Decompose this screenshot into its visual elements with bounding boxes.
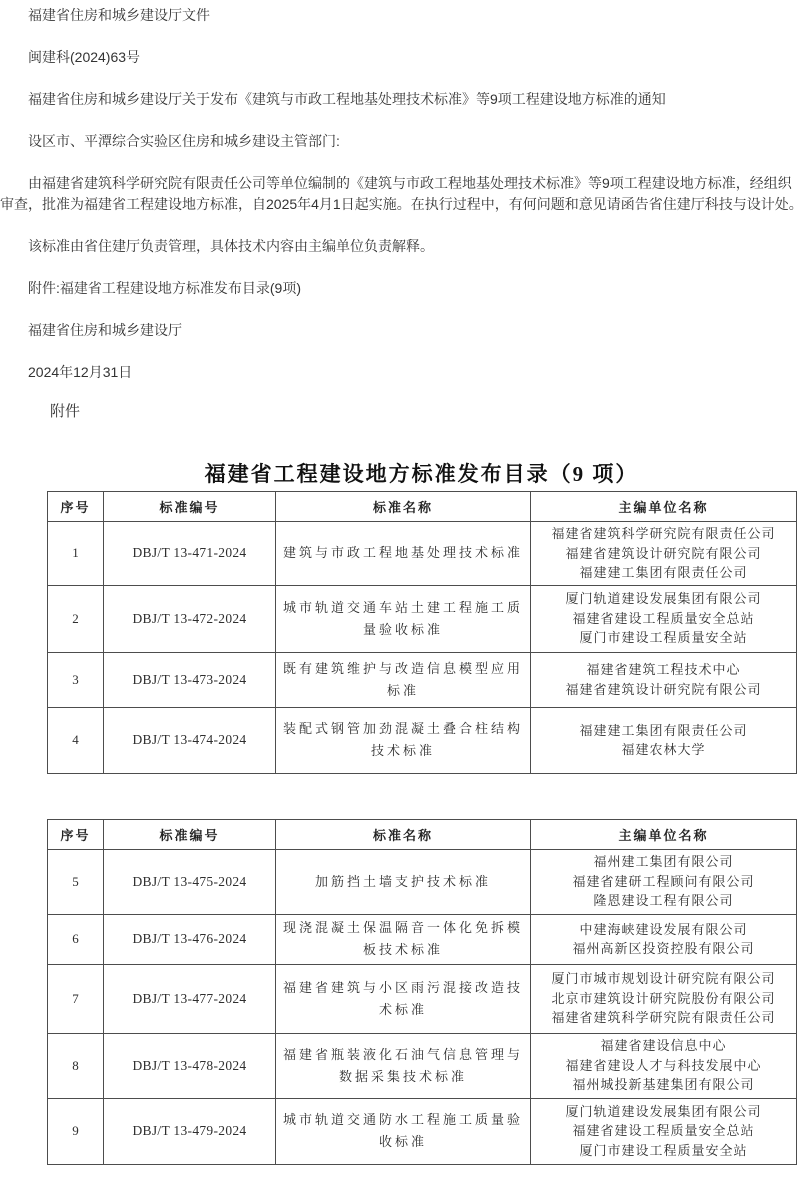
cell-standard-name: 福建省建筑与小区雨污混接改造技术标准 (276, 964, 531, 1033)
org-line: 福建省建筑设计研究院有限公司 (535, 680, 792, 700)
attachment-label: 附件 (50, 404, 803, 421)
column-header-3: 主编单位名称 (531, 819, 797, 849)
org-line: 厦门市建设工程质量安全站 (535, 1141, 792, 1161)
table-title: 福建省工程建设地方标准发布目录（9 项） (47, 463, 796, 485)
org-line: 福建省建筑设计研究院有限公司 (535, 544, 792, 564)
column-header-0: 序号 (48, 819, 104, 849)
column-header-0: 序号 (48, 492, 104, 522)
org-line: 隆恩建设工程有限公司 (535, 891, 792, 911)
column-header-1: 标准编号 (104, 492, 276, 522)
cell-editing-orgs: 福建建工集团有限责任公司福建农林大学 (531, 707, 797, 773)
org-line: 福建省建设人才与科技发展中心 (535, 1056, 792, 1076)
org-line: 福建建工集团有限责任公司 (535, 563, 792, 583)
cell-standard-name: 现浇混凝土保温隔音一体化免拆模板技术标准 (276, 914, 531, 964)
doc-date-line: 2024年12月31日 (0, 362, 803, 383)
org-line: 福建省建设工程质量安全总站 (535, 1121, 792, 1141)
cell-standard-code: DBJ/T 13-478-2024 (104, 1033, 276, 1098)
table-row: 6DBJ/T 13-476-2024现浇混凝土保温隔音一体化免拆模板技术标准中建… (48, 914, 797, 964)
doc-header-line: 福建省住房和城乡建设厅文件 (0, 5, 803, 26)
org-line: 福建省建筑科学研究院有限责任公司 (535, 1008, 792, 1028)
cell-seq-number: 6 (48, 914, 104, 964)
cell-seq-number: 5 (48, 849, 104, 914)
cell-standard-name: 建筑与市政工程地基处理技术标准 (276, 522, 531, 586)
cell-editing-orgs: 厦门轨道建设发展集团有限公司福建省建设工程质量安全总站厦门市建设工程质量安全站 (531, 1098, 797, 1164)
org-line: 厦门轨道建设发展集团有限公司 (535, 1102, 792, 1122)
doc-number-line: 闽建科(2024)63号 (0, 47, 803, 68)
cell-standard-code: DBJ/T 13-473-2024 (104, 652, 276, 707)
org-line: 福建建工集团有限责任公司 (535, 721, 792, 741)
cell-standard-code: DBJ/T 13-475-2024 (104, 849, 276, 914)
cell-editing-orgs: 中建海峡建设发展有限公司福州高新区投资控股有限公司 (531, 914, 797, 964)
org-line: 中建海峡建设发展有限公司 (535, 920, 792, 940)
cell-standard-name: 既有建筑维护与改造信息模型应用标准 (276, 652, 531, 707)
cell-standard-name: 装配式钢管加劲混凝土叠合柱结构技术标准 (276, 707, 531, 773)
cell-standard-code: DBJ/T 13-477-2024 (104, 964, 276, 1033)
column-header-1: 标准编号 (104, 819, 276, 849)
doc-body-paragraph: 由福建省建筑科学研究院有限责任公司等单位编制的《建筑与市政工程地基处理技术标准》… (0, 173, 803, 215)
table-row: 3DBJ/T 13-473-2024既有建筑维护与改造信息模型应用标准福建省建筑… (48, 652, 797, 707)
standards-table-2: 序号标准编号标准名称主编单位名称5DBJ/T 13-475-2024加筋挡土墙支… (47, 819, 797, 1165)
cell-standard-code: DBJ/T 13-479-2024 (104, 1098, 276, 1164)
table-row: 1DBJ/T 13-471-2024建筑与市政工程地基处理技术标准福建省建筑科学… (48, 522, 797, 586)
table-row: 7DBJ/T 13-477-2024福建省建筑与小区雨污混接改造技术标准厦门市城… (48, 964, 797, 1033)
cell-seq-number: 4 (48, 707, 104, 773)
org-line: 福建农林大学 (535, 740, 792, 760)
cell-seq-number: 7 (48, 964, 104, 1033)
cell-editing-orgs: 福建省建设信息中心福建省建设人才与科技发展中心福州城投新基建集团有限公司 (531, 1033, 797, 1098)
cell-seq-number: 1 (48, 522, 104, 586)
standards-table-1: 序号标准编号标准名称主编单位名称1DBJ/T 13-471-2024建筑与市政工… (47, 491, 797, 774)
cell-seq-number: 9 (48, 1098, 104, 1164)
table-header-row: 序号标准编号标准名称主编单位名称 (48, 492, 797, 522)
cell-editing-orgs: 福建省建筑科学研究院有限责任公司福建省建筑设计研究院有限公司福建建工集团有限责任… (531, 522, 797, 586)
doc-addressee-line: 设区市、平潭综合实验区住房和城乡建设主管部门: (0, 131, 803, 152)
cell-standard-code: DBJ/T 13-472-2024 (104, 585, 276, 652)
cell-editing-orgs: 福州建工集团有限公司福建省建研工程顾问有限公司隆恩建设工程有限公司 (531, 849, 797, 914)
cell-standard-code: DBJ/T 13-474-2024 (104, 707, 276, 773)
column-header-2: 标准名称 (276, 492, 531, 522)
tables-section: 福建省工程建设地方标准发布目录（9 项） 序号标准编号标准名称主编单位名称1DB… (47, 463, 796, 1165)
column-header-3: 主编单位名称 (531, 492, 797, 522)
column-header-2: 标准名称 (276, 819, 531, 849)
doc-management-line: 该标准由省住建厅负责管理，具体技术内容由主编单位负责解释。 (0, 236, 803, 257)
cell-standard-name: 城市轨道交通车站土建工程施工质量验收标准 (276, 585, 531, 652)
org-line: 福建省建筑工程技术中心 (535, 660, 792, 680)
cell-seq-number: 8 (48, 1033, 104, 1098)
table-row: 8DBJ/T 13-478-2024福建省瓶装液化石油气信息管理与数据采集技术标… (48, 1033, 797, 1098)
org-line: 福州高新区投资控股有限公司 (535, 939, 792, 959)
cell-standard-code: DBJ/T 13-476-2024 (104, 914, 276, 964)
cell-editing-orgs: 厦门轨道建设发展集团有限公司福建省建设工程质量安全总站厦门市建设工程质量安全站 (531, 585, 797, 652)
org-line: 厦门市建设工程质量安全站 (535, 628, 792, 648)
cell-seq-number: 2 (48, 585, 104, 652)
cell-editing-orgs: 厦门市城市规划设计研究院有限公司北京市建筑设计研究院股份有限公司福建省建筑科学研… (531, 964, 797, 1033)
org-line: 厦门轨道建设发展集团有限公司 (535, 589, 792, 609)
doc-title-line: 福建省住房和城乡建设厅关于发布《建筑与市政工程地基处理技术标准》等9项工程建设地… (0, 89, 803, 110)
org-line: 福建省建设信息中心 (535, 1036, 792, 1056)
org-line: 福州建工集团有限公司 (535, 852, 792, 872)
cell-editing-orgs: 福建省建筑工程技术中心福建省建筑设计研究院有限公司 (531, 652, 797, 707)
doc-attachment-ref-line: 附件:福建省工程建设地方标准发布目录(9项) (0, 278, 803, 299)
org-line: 北京市建筑设计研究院股份有限公司 (535, 989, 792, 1009)
table-header-row: 序号标准编号标准名称主编单位名称 (48, 819, 797, 849)
table-row: 4DBJ/T 13-474-2024装配式钢管加劲混凝土叠合柱结构技术标准福建建… (48, 707, 797, 773)
cell-standard-name: 加筋挡土墙支护技术标准 (276, 849, 531, 914)
doc-issuer-line: 福建省住房和城乡建设厅 (0, 320, 803, 341)
org-line: 福州城投新基建集团有限公司 (535, 1075, 792, 1095)
table-row: 9DBJ/T 13-479-2024城市轨道交通防水工程施工质量验收标准厦门轨道… (48, 1098, 797, 1164)
table-row: 5DBJ/T 13-475-2024加筋挡土墙支护技术标准福州建工集团有限公司福… (48, 849, 797, 914)
org-line: 福建省建筑科学研究院有限责任公司 (535, 524, 792, 544)
org-line: 福建省建设工程质量安全总站 (535, 609, 792, 629)
cell-standard-name: 福建省瓶装液化石油气信息管理与数据采集技术标准 (276, 1033, 531, 1098)
table-row: 2DBJ/T 13-472-2024城市轨道交通车站土建工程施工质量验收标准厦门… (48, 585, 797, 652)
cell-seq-number: 3 (48, 652, 104, 707)
org-line: 厦门市城市规划设计研究院有限公司 (535, 969, 792, 989)
org-line: 福建省建研工程顾问有限公司 (535, 872, 792, 892)
cell-standard-name: 城市轨道交通防水工程施工质量验收标准 (276, 1098, 531, 1164)
cell-standard-code: DBJ/T 13-471-2024 (104, 522, 276, 586)
document-page: 福建省住房和城乡建设厅文件 闽建科(2024)63号 福建省住房和城乡建设厅关于… (0, 0, 803, 1165)
